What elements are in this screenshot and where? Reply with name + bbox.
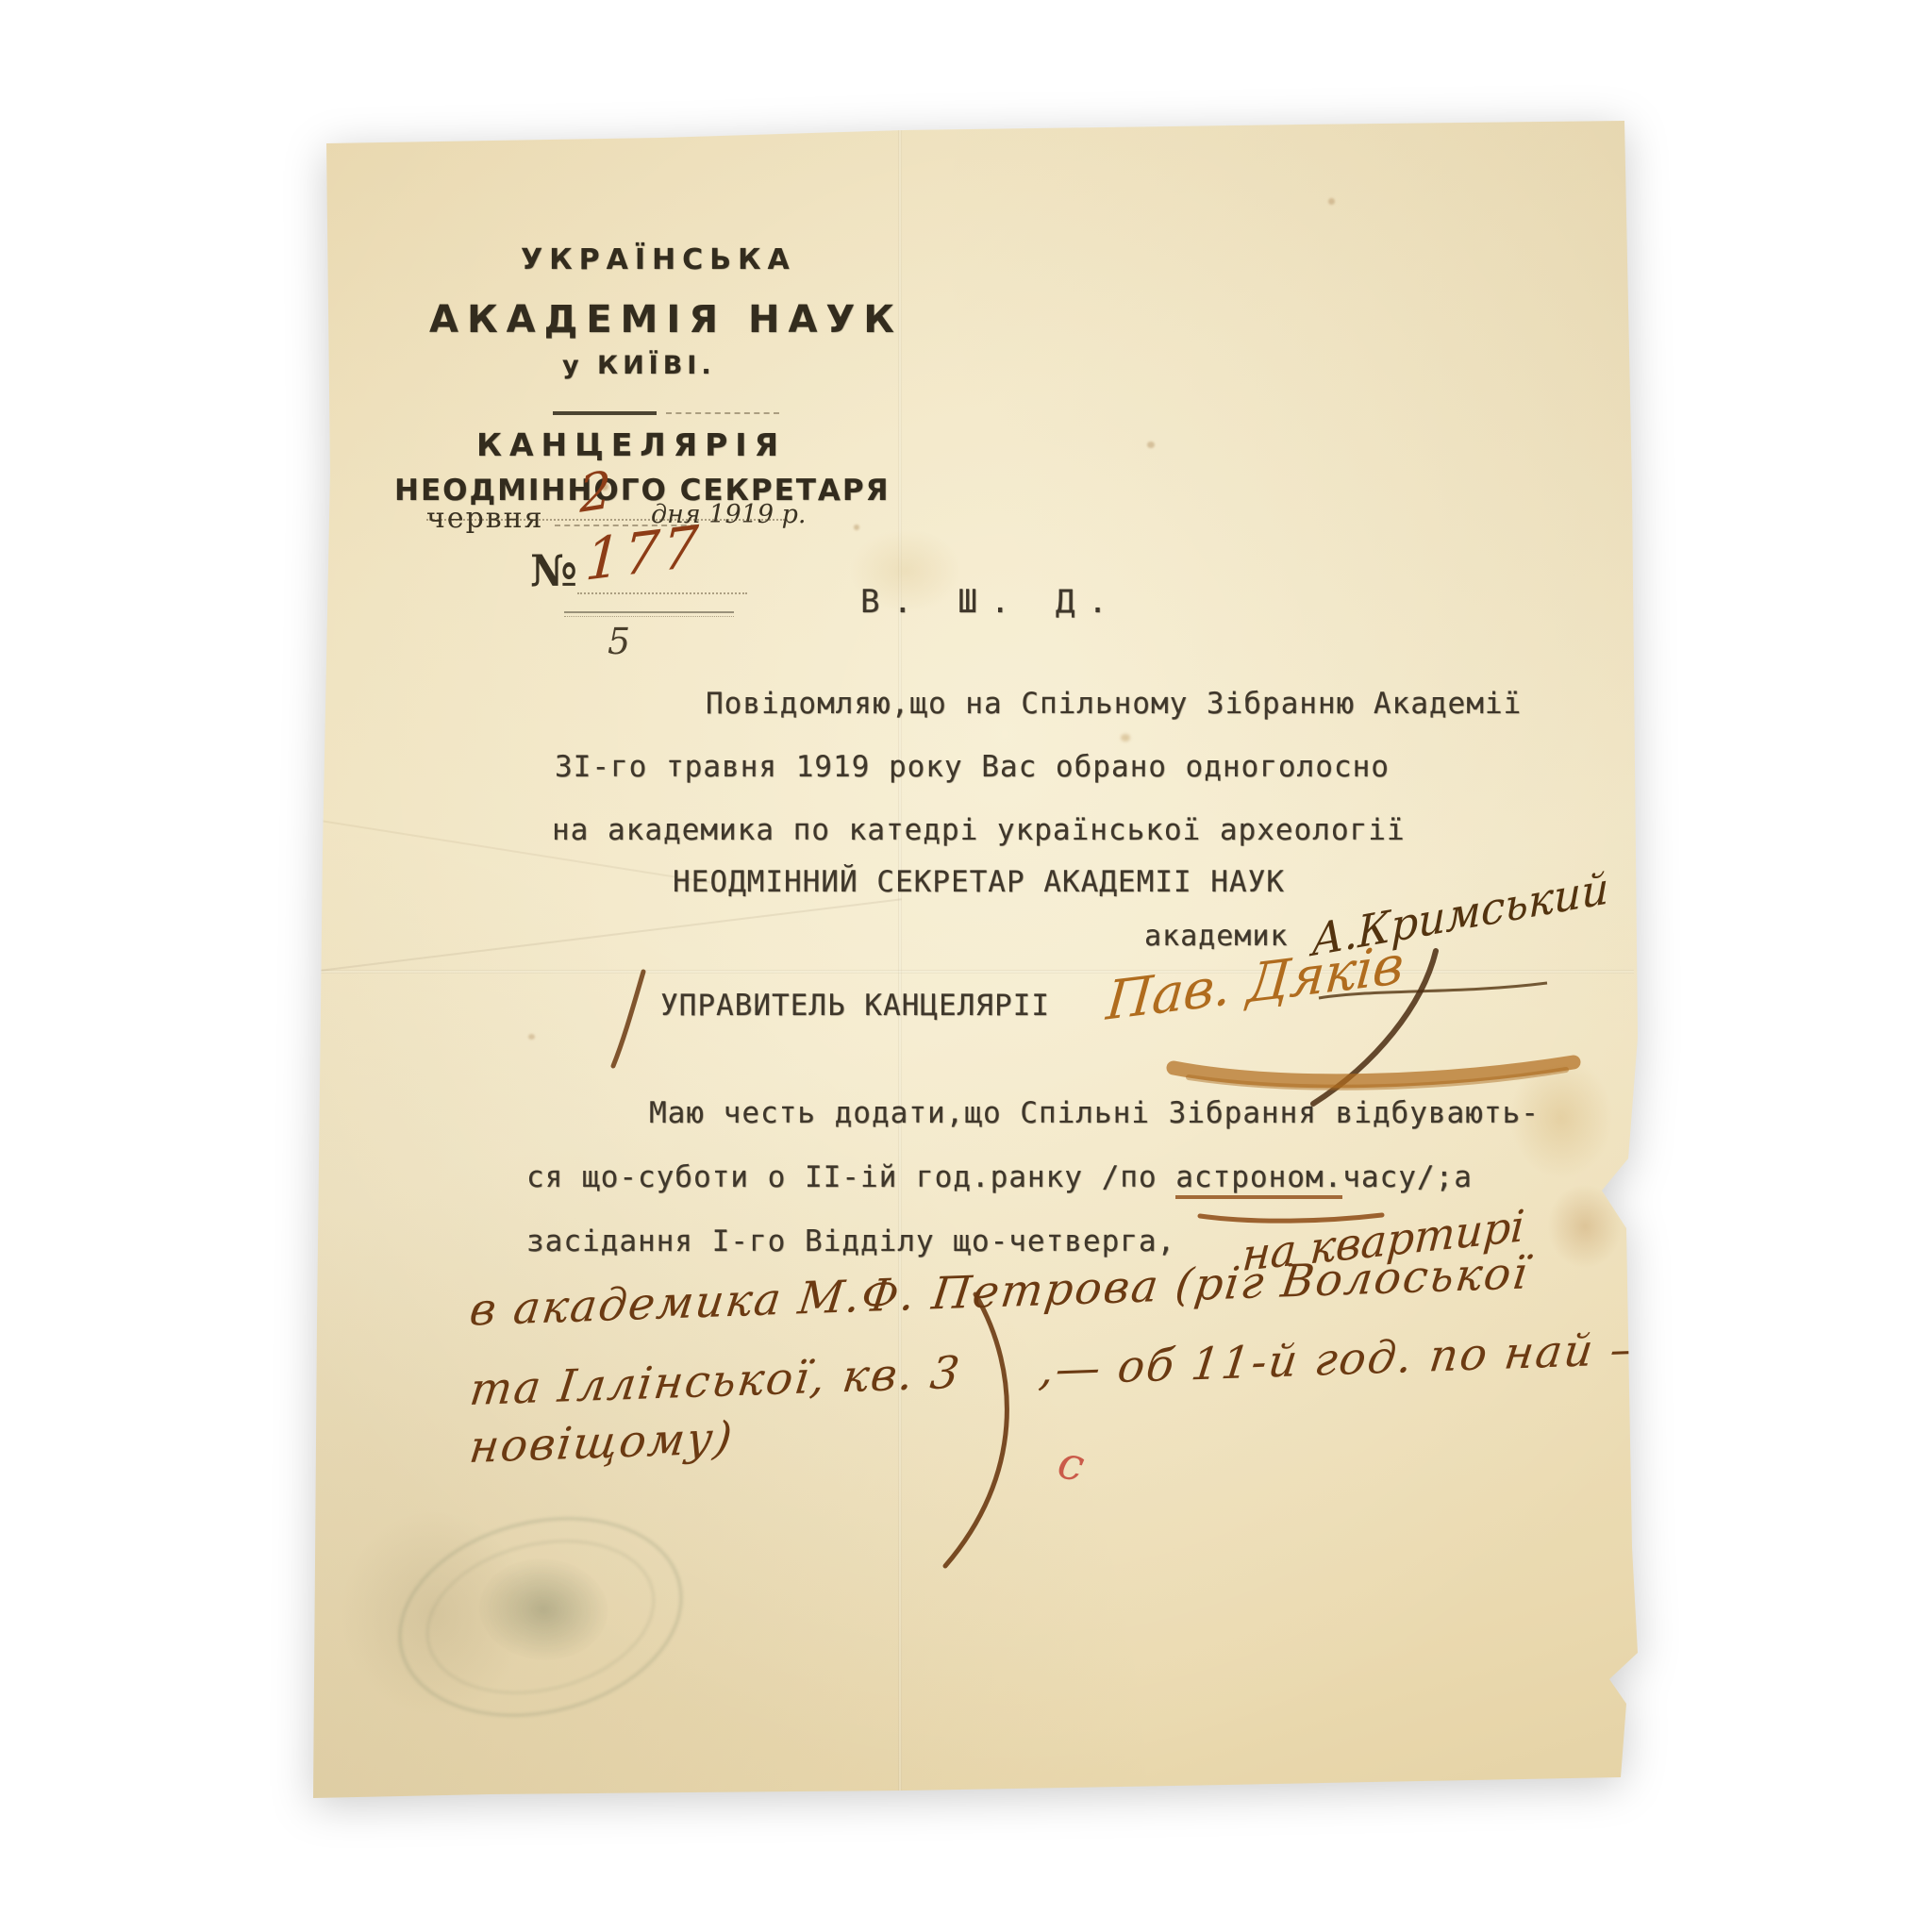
archival-stamp [377,1489,704,1745]
secretary-rank: академик [1144,920,1289,953]
vertical-fold-crease [898,130,902,1790]
foxing-spot [528,1034,535,1040]
paragraph1-line2: ЗІ-го травня 1919 року Вас обрано одного… [555,750,1390,784]
manager-title: УПРАВИТЕЛЬ КАНЦЕЛЯРІІ [660,989,1050,1023]
handwriting-line2: та Іллінської, кв. 3,— об 11-й год. по н… [467,1323,1659,1416]
ornament-rule-dotted [564,616,734,617]
salutation: В. Ш. Д. [860,583,1121,621]
ink-flourishes [0,0,1932,1932]
foxing-spot [854,525,859,530]
date-dotted-underline [426,519,785,521]
foxing-spot [1328,198,1335,205]
handwriting-big-closing-paren [945,1294,1007,1566]
photo-of-document: УКРАЇНСЬКА АКАДЕМІЯ НАУК у КИЇВІ. КАНЦЕЛ… [0,0,1932,1932]
handwriting-line3: новіщому) [467,1412,737,1474]
ornament-rule-solid [564,611,734,613]
paragraph2-line1: Маю честь додати,що Спільні Зібрання від… [649,1096,1540,1130]
ornament-flourish: 5 [608,621,630,662]
red-pencil-mark: с [1053,1436,1089,1492]
stain-notch [1547,1184,1623,1269]
paragraph2-line2: ся що-суботи о II-ій год.ранку /по астро… [526,1160,1473,1194]
letterhead-rule [553,411,657,415]
handwriting-line1: в академика М.Ф. Петрова (ріг Волоської [467,1247,1532,1336]
paragraph2-line2-pre: ся що-суботи о II-ій год.ранку /по [526,1160,1175,1194]
foxing-spot [1121,734,1130,741]
letterhead-line-ukrainska: УКРАЇНСЬКА [521,243,796,276]
letterhead-rule-dashed [666,412,779,414]
paragraph1-line1: Повідомляю,що на Спільному Зібранню Акад… [706,687,1522,721]
date-day-handwritten: 2 [579,459,612,525]
diagonal-crease-1 [321,898,902,972]
paragraph2-line2-post: часу/;а [1342,1160,1473,1194]
stamp-smudge [474,1553,612,1665]
paragraph2-line2-underlined-word: астроном. [1175,1160,1342,1199]
letterhead-line-kantseliaria: КАНЦЕЛЯРІЯ [476,426,786,463]
number-dotted-underline [577,592,747,594]
manager-signature-thick-underline [1174,1062,1574,1081]
horizontal-fold-crease [317,970,1634,974]
handwriting-line2-post: ,— об 11-й год. по най — [1037,1323,1660,1396]
number-sign: № [530,545,577,596]
letterhead-line-u-kyivi: у КИЇВІ. [562,351,716,380]
paper-sheet: УКРАЇНСЬКА АКАДЕМІЯ НАУК у КИЇВІ. КАНЦЕЛ… [0,0,1932,1932]
foxing-spot [1147,441,1155,448]
paper-sheet-wrapper: УКРАЇНСЬКА АКАДЕМІЯ НАУК у КИЇВІ. КАНЦЕЛ… [0,0,1932,1932]
handwritten-slash-before-manager-title [613,972,643,1066]
letterhead-line-akademia-nauk: АКАДЕМІЯ НАУК [429,298,903,341]
handwriting-line2-pre: та Іллінської, кв. 3 [467,1347,964,1416]
secretary-title: НЕОДМІННИЙ СЕКРЕТАР АКАДЕМІІ НАУК [673,865,1285,899]
paragraph2-line3: засідання І-го Відділу що-четверга, [526,1224,1175,1258]
manager-signature-underline-smear [1189,1070,1566,1088]
number-value-handwritten: 177 [584,513,703,594]
paragraph1-line3: на академика по катедрі української архе… [552,813,1406,847]
